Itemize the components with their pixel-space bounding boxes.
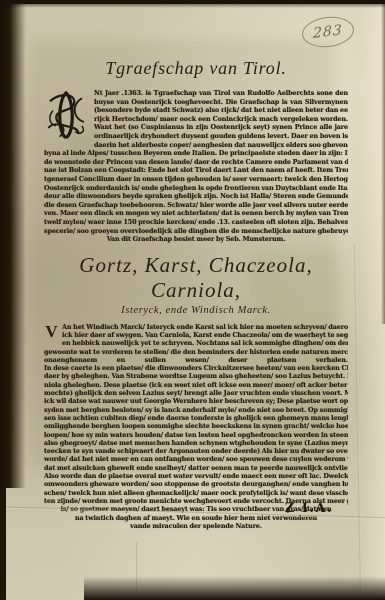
text-line: Van dit Graefschap besiet meer by Seb. M… bbox=[44, 235, 348, 244]
folio-number: 283 bbox=[313, 22, 343, 42]
text-line: omligghende berghen loopen sommighe siec… bbox=[44, 422, 348, 430]
text-line: ick hier daer af swygen. Van Carniola, K… bbox=[62, 331, 348, 339]
text-line: teecken te syn vande schipvaert der Argo… bbox=[44, 447, 348, 455]
text-line: vande miraculen der spelende Nature. bbox=[44, 522, 348, 530]
text-line: rijck Hertochdom/ maer oock een Coninckr… bbox=[94, 115, 348, 124]
text-line: daerin het alderbeste coper/ aenghesien … bbox=[94, 141, 348, 150]
edge-shadow-top bbox=[0, 0, 385, 8]
page-title: Tgraefschap van Tirol. bbox=[44, 58, 348, 79]
text-line: dat met alsulcken ghewelt ende snelheyt/… bbox=[44, 464, 348, 472]
drop-cap-ornate bbox=[44, 90, 88, 140]
text-line: niola gheleghen. Dese plaetse (ick en we… bbox=[44, 381, 348, 389]
text-line: nae ist Bolzan een Coopstadt: Ende het s… bbox=[44, 166, 348, 175]
text-line: loopen/ hoe sy min waters houden/ datse … bbox=[44, 431, 348, 439]
binding-shadow-left bbox=[0, 0, 26, 488]
text-line: also ghegroeyt/ datse met menschen hande… bbox=[44, 439, 348, 447]
text-line: onaenghenaem en sullen wesen/ deser plae… bbox=[44, 356, 348, 364]
paragraph-lines-indented: An het Windisch Marck/ Isteryck ende Kar… bbox=[44, 323, 348, 340]
text-line: syden met berghen besloten/ sy is lanck … bbox=[44, 406, 348, 414]
text-line: deur alle dinwoonders beyde spraken ghel… bbox=[44, 192, 348, 201]
text-line: ordinaerlijck dryhondert duysent gouden … bbox=[94, 132, 348, 141]
paragraph-tirol: Nt Jaer .1363. is Tgraefschap van Tirol … bbox=[44, 89, 348, 244]
text-line: Oostenrijck onderdanich is/ ende ghelegh… bbox=[44, 184, 348, 193]
text-line: Also worde dan de plaetse overal met wat… bbox=[44, 472, 348, 480]
paragraph-lines-full: daerin het alderbeste coper/ aenghesien … bbox=[44, 141, 348, 227]
text-line: specerie/ soo groeyen overvloedelijck al… bbox=[44, 227, 348, 236]
edge-shadow-bottom bbox=[84, 576, 385, 600]
text-line: omwoonders gheware worden/ soo stoppense… bbox=[44, 480, 348, 488]
text-line: de woonstede der Princen van desen lande… bbox=[44, 158, 348, 167]
heading-gortz-subtitle: Isteryck, ende Windisch Marck. bbox=[44, 305, 348, 316]
paragraph-carniola: V An het Windisch Marck/ Isteryck ende K… bbox=[44, 323, 348, 530]
book-photo: 283 Tgraefschap van Tirol. bbox=[0, 0, 385, 600]
text-line: huyse van Oostenrijck toeghevoecht. Die … bbox=[94, 98, 348, 107]
text-line: Want het (so Cuspinianus in zijn Oostenr… bbox=[94, 123, 348, 132]
drop-cap-plain: V bbox=[44, 323, 59, 340]
text-line: (besondere byde stadt Schwatz) also rijc… bbox=[94, 106, 348, 115]
paragraph-lines-full: en hebbick nauwelijck yet te schryven. N… bbox=[44, 339, 348, 505]
paragraph-lines-indented: Nt Jaer .1363. is Tgraefschap van Tirol … bbox=[44, 89, 348, 141]
text-line: ven. Maer een dinck en mogen wy niet ach… bbox=[44, 209, 348, 218]
right-edge-shadow bbox=[381, 4, 385, 324]
text-line: sen isse achtien cubiten diep/ ende daer… bbox=[44, 414, 348, 422]
text-line: ick wil datse wat nauwer uut Georgio Wer… bbox=[44, 397, 348, 405]
text-line: tgenerael Concilium daer in onsen tijden… bbox=[44, 175, 348, 184]
heading-gortz: Gortz, Karst, Chaczeola, Carniola, bbox=[44, 253, 348, 303]
text-line: mochte) ghelijck den selven Lazius seyt/… bbox=[44, 389, 348, 397]
text-line: An het Windisch Marck/ Isteryck ende Kar… bbox=[62, 323, 348, 331]
text-line: worde/ dat het niet meer en can ontfangh… bbox=[44, 455, 348, 463]
text-line: die desen Graefschap toebehooren. Schwat… bbox=[44, 201, 348, 210]
text-line: daer by gheleghen. Van Strabone wordtse … bbox=[44, 372, 348, 380]
text-block: Tgraefschap van Tirol. bbox=[44, 46, 348, 530]
text-line: byna al inde Alpes/ tusschen Beyeren end… bbox=[44, 149, 348, 158]
text-line: gewoonte wat te vorderen te stellen/ die… bbox=[44, 348, 348, 356]
text-line: twelf mylen/ waer inne 150 prochie kerck… bbox=[44, 218, 348, 227]
text-line: en hebbick nauwelijck yet te schryven. N… bbox=[62, 339, 348, 347]
text-line: Nt Jaer .1363. is Tgraefschap van Tirol … bbox=[94, 89, 348, 98]
paragraph-lines-closing: specerie/ soo groeyen overvloedelijck al… bbox=[44, 227, 348, 244]
book-page: 283 Tgraefschap van Tirol. bbox=[6, 4, 385, 600]
text-line: schen/ twelck hun niet alleen ghemackeli… bbox=[44, 489, 348, 497]
text-line: In dese caerte is een plaetse/ die dinwo… bbox=[44, 364, 348, 372]
ornate-initial-icon bbox=[44, 90, 88, 140]
